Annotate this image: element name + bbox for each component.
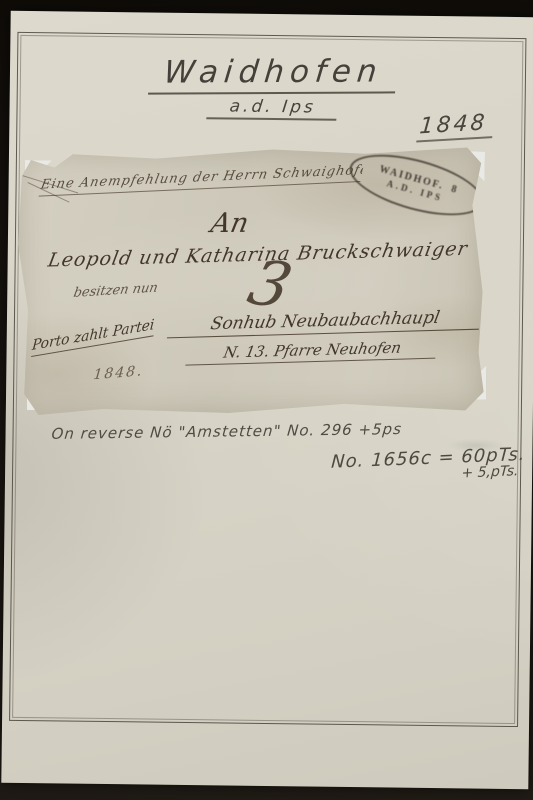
postmark-date: 8 bbox=[450, 184, 458, 196]
year-annotation: 1848 bbox=[416, 110, 494, 143]
mounted-cover-area: Eine Anempfehlung der Herrn Schwaighofer… bbox=[12, 141, 508, 437]
docket-line: Eine Anempfehlung der Herrn Schwaighofer bbox=[39, 163, 365, 197]
destination-line-1: Sonhub Neubaubachhaupl bbox=[167, 307, 483, 339]
salutation: An bbox=[15, 206, 445, 242]
postal-cover: Eine Anempfehlung der Herrn Schwaighofer… bbox=[17, 147, 484, 415]
page-subtitle: a.d. Ips bbox=[207, 96, 340, 121]
destination-line-2: N. 13. Pfarre Neuhofen bbox=[185, 338, 439, 366]
cover-year: 1848. bbox=[93, 363, 144, 383]
porto-note: Porto zahlt Partei bbox=[31, 317, 155, 357]
page-title: Waidhofen bbox=[148, 53, 398, 94]
addressee-note: besitzen nun bbox=[72, 280, 159, 300]
album-page: Waidhofen a.d. Ips 1848 Eine Anempfehlun… bbox=[1, 11, 533, 789]
